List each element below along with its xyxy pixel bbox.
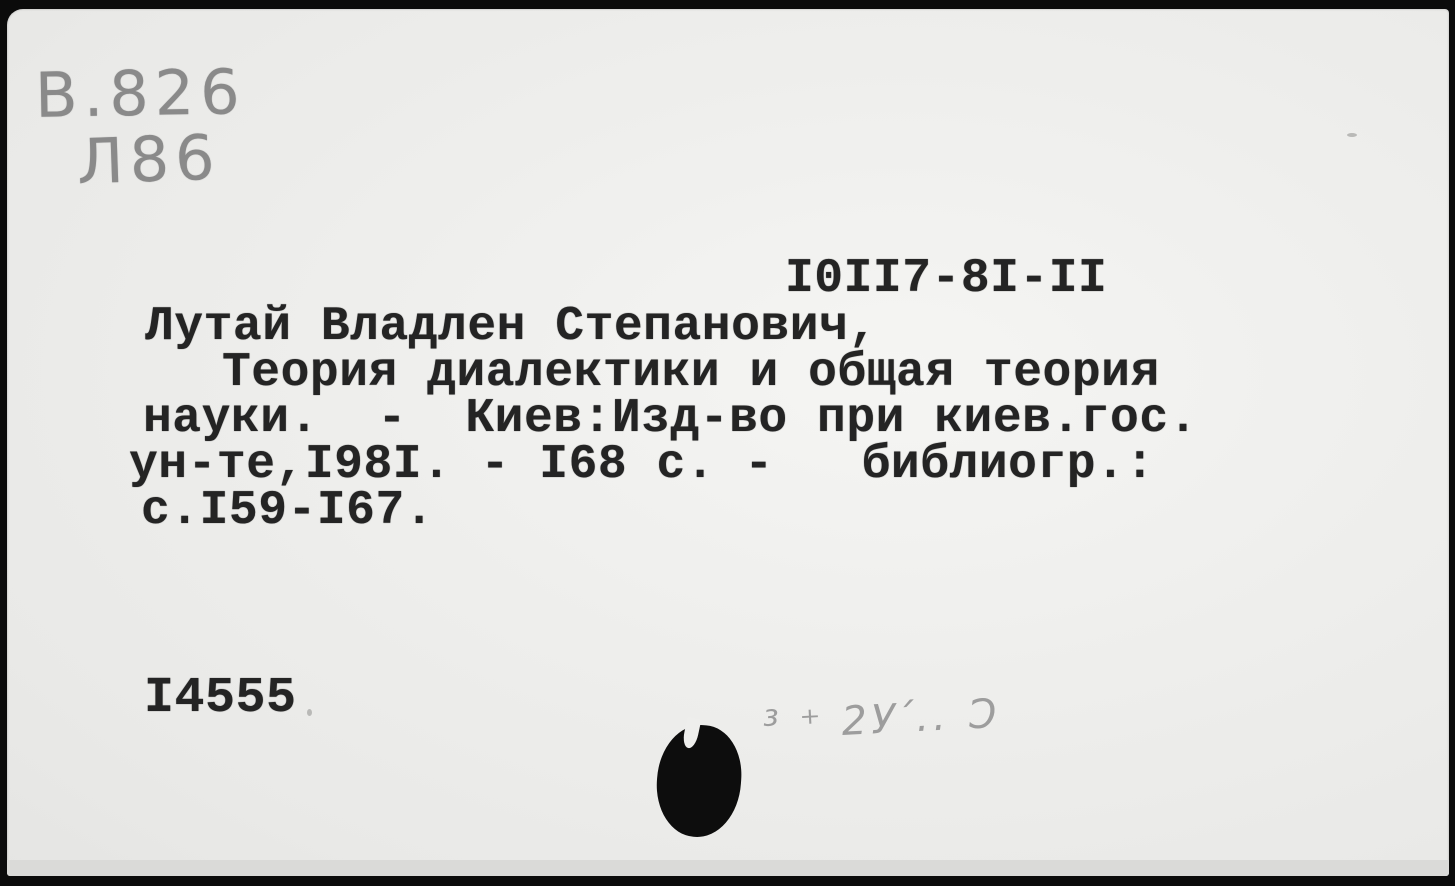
bibliographic-line-1: Теория диалектики и общая теория bbox=[222, 349, 1160, 397]
bibliographic-line-3: ун-те,I98I. - I68 с. - библиогр.: bbox=[129, 441, 1155, 489]
hole-punch-dot bbox=[653, 722, 745, 840]
bibliographic-line-2: науки. - Киев:Изд-во при киев.гос. bbox=[143, 395, 1198, 443]
paper-speck bbox=[307, 709, 312, 716]
card-bottom-shadow bbox=[7, 860, 1449, 876]
catalog-code: I0II7-8I-II bbox=[785, 255, 1107, 303]
handwritten-pencil-note: ³ ⁺ 2У ́.. Ɔ bbox=[762, 691, 999, 749]
paper-speck bbox=[1347, 133, 1357, 137]
handwritten-call-number-bottom: Л86 bbox=[76, 121, 222, 199]
accession-number: I4555 bbox=[144, 675, 297, 723]
catalog-card-paper: В.826 Л86 I0II7-8I-II Лутай Владлен Степ… bbox=[7, 9, 1449, 876]
scanned-catalog-card: В.826 Л86 I0II7-8I-II Лутай Владлен Степ… bbox=[0, 0, 1455, 886]
author-name: Лутай Владлен Степанович, bbox=[145, 303, 878, 351]
bibliographic-line-4: с.I59-I67. bbox=[141, 487, 434, 535]
